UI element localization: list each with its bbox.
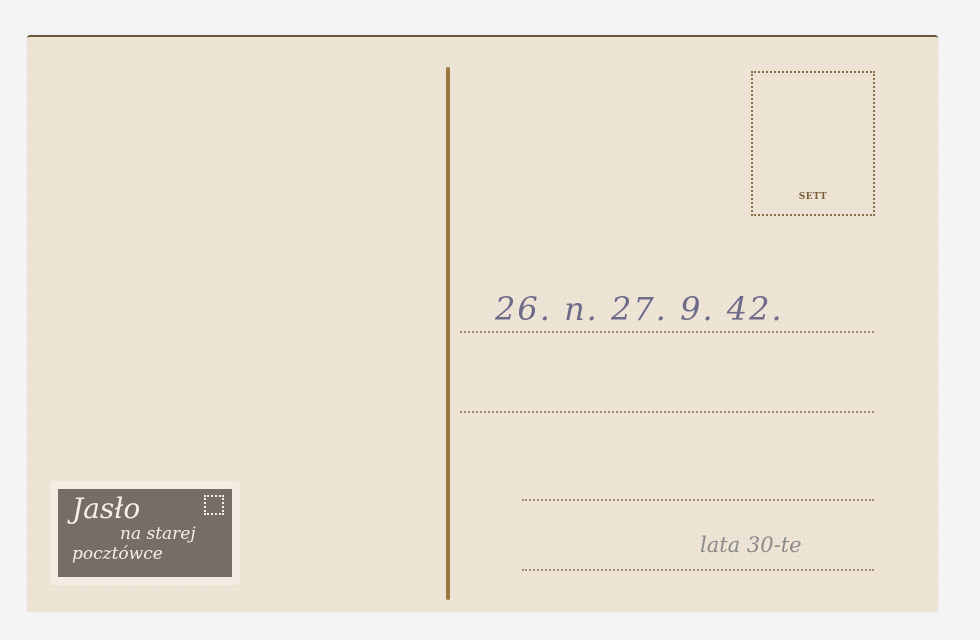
address-line-3 bbox=[522, 499, 874, 501]
stamp-icon bbox=[204, 495, 224, 515]
stamp-placeholder-box: SETT bbox=[751, 71, 875, 216]
handwritten-note: lata 30-te bbox=[700, 533, 802, 557]
logo-subtitle-2: pocztówce bbox=[72, 544, 163, 564]
stamp-label: SETT bbox=[753, 192, 873, 202]
logo-subtitle-1: na starej bbox=[120, 524, 196, 544]
watermark-logo: Jasło na starej pocztówce bbox=[50, 481, 240, 585]
address-line-4 bbox=[522, 569, 874, 571]
address-line-1 bbox=[460, 331, 874, 333]
handwritten-date: 26. n. 27. 9. 42. bbox=[495, 290, 784, 328]
logo-title: Jasło bbox=[72, 492, 140, 525]
address-line-2 bbox=[460, 411, 874, 413]
center-divider-line bbox=[446, 67, 450, 600]
